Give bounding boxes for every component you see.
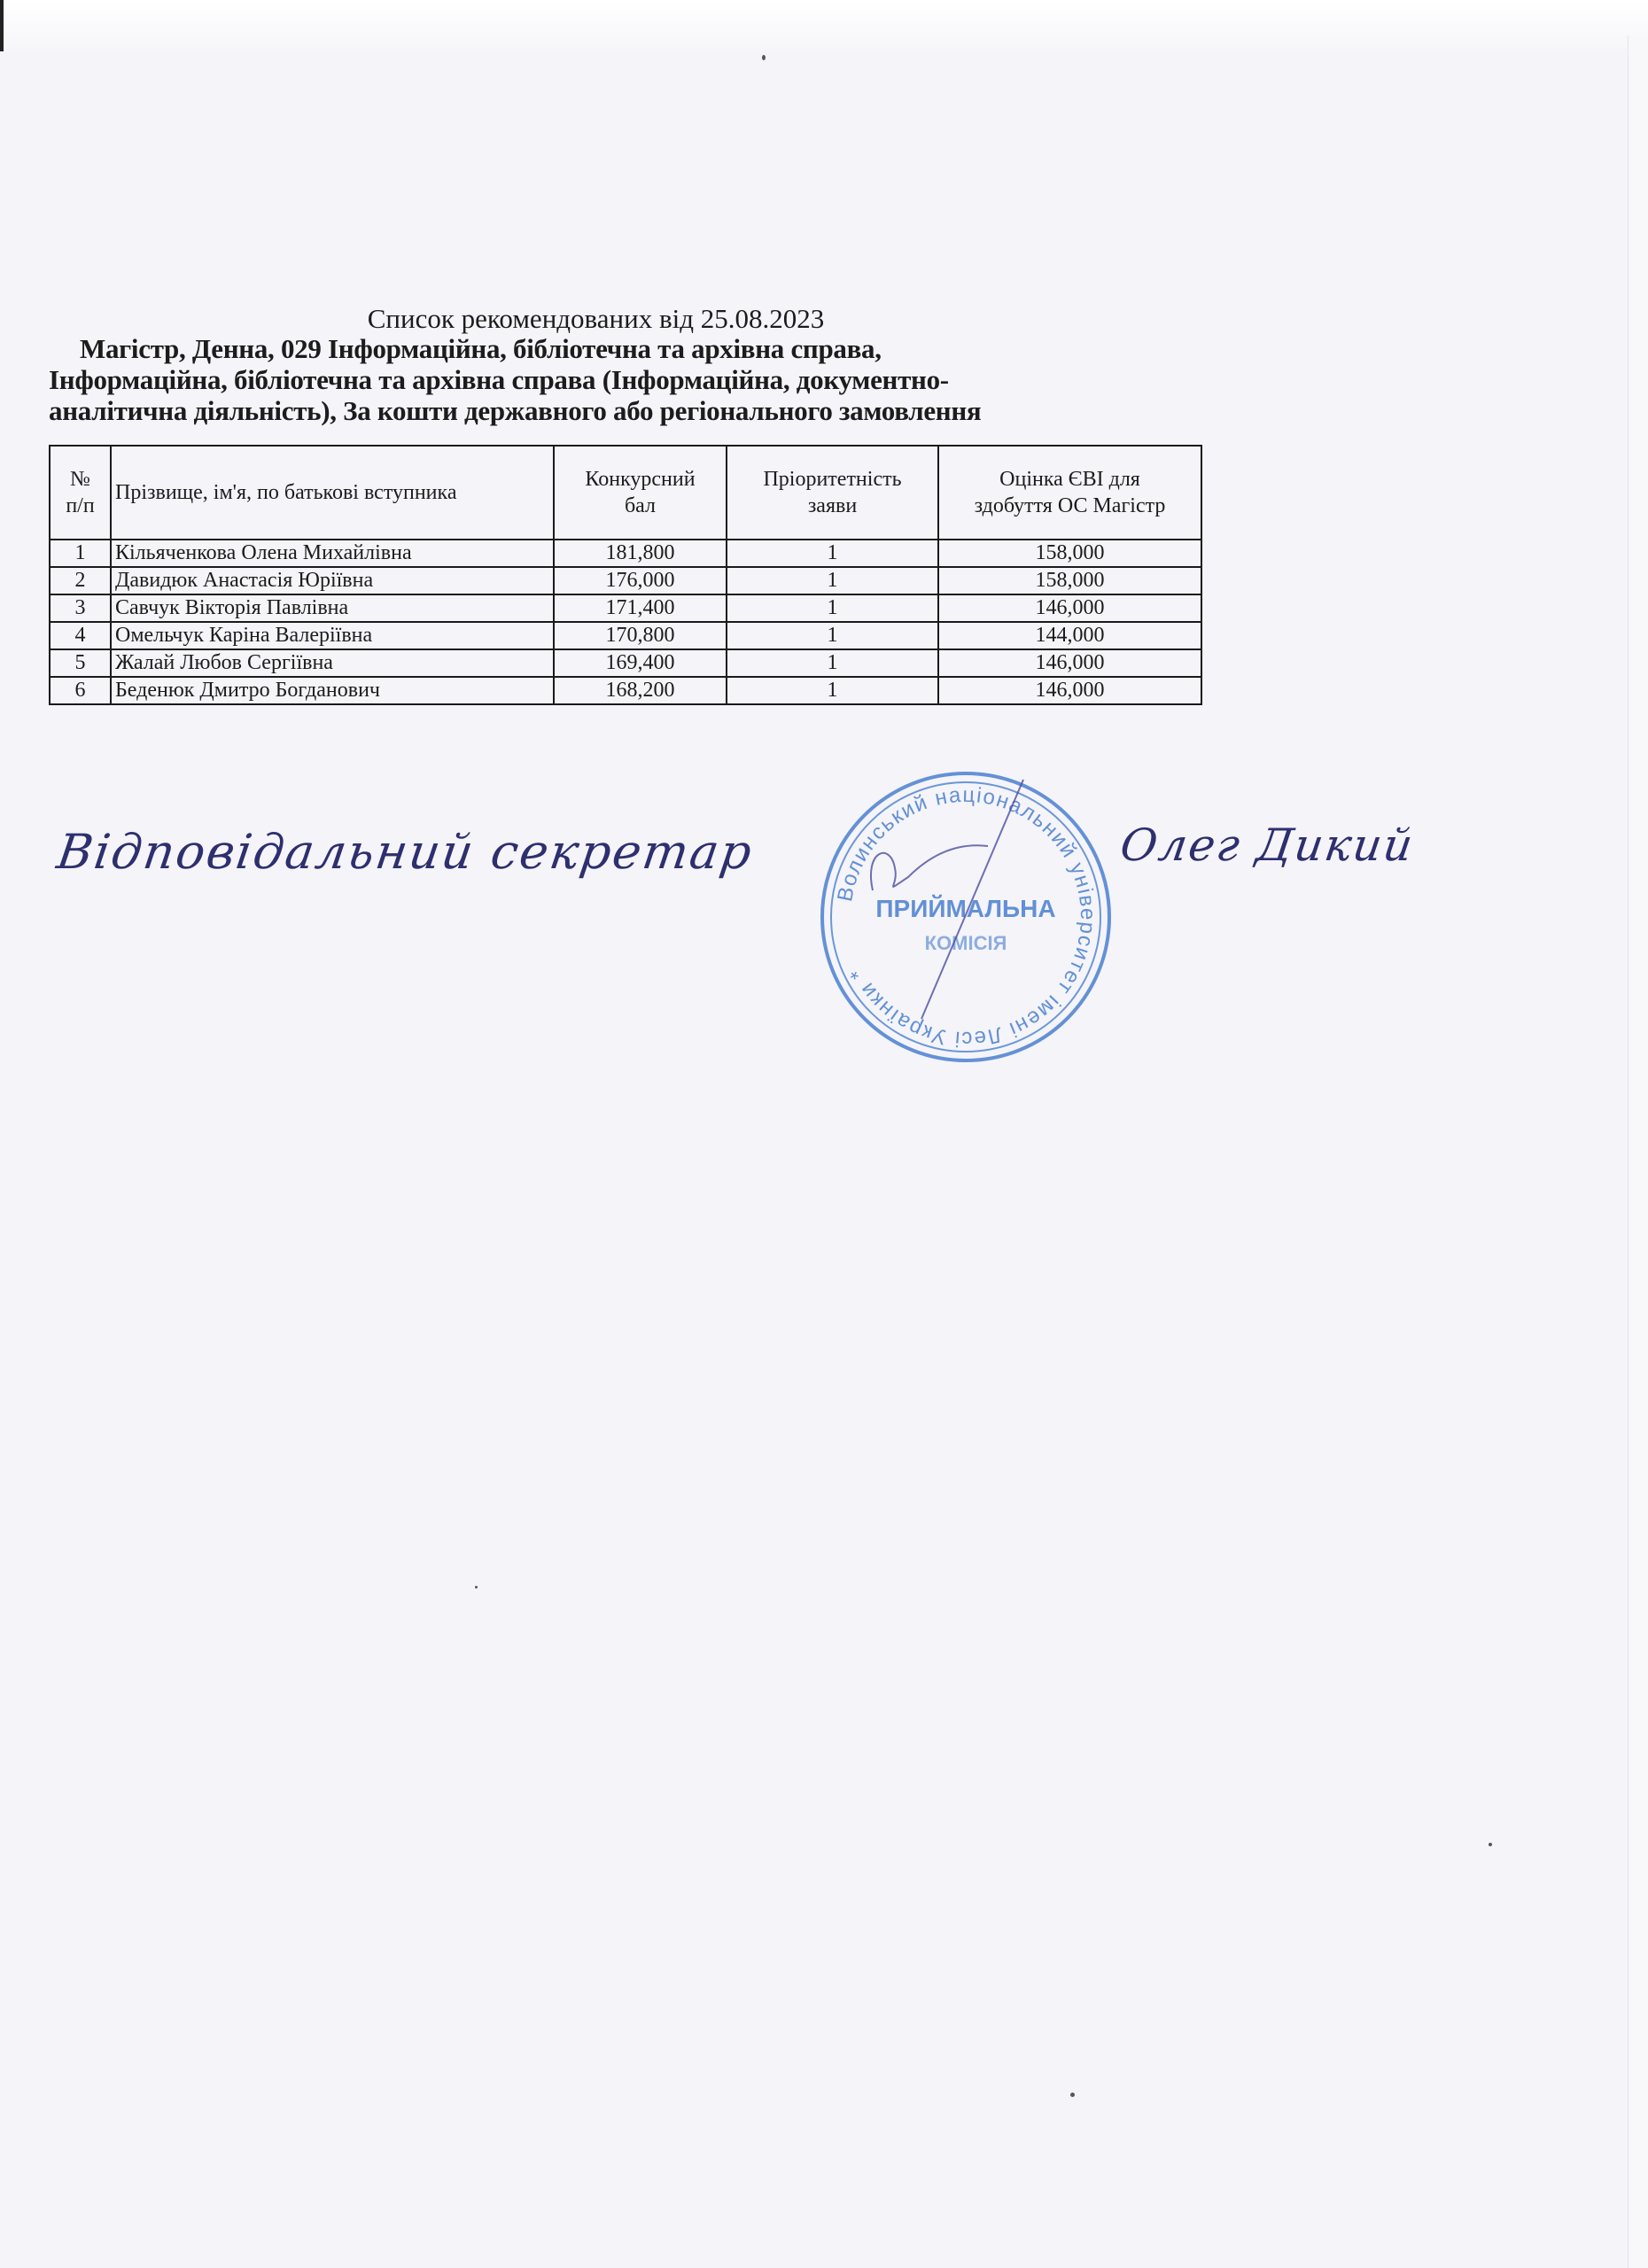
signature-name: Олег Дикий	[1117, 819, 1418, 871]
cell-priority: 1	[727, 622, 938, 649]
cell-score: 181,800	[554, 540, 727, 567]
stamp-center-line1: ПРИЙМАЛЬНА	[875, 894, 1055, 922]
subtitle-line: аналітична діяльність), За кошти державн…	[49, 395, 1201, 426]
table-header-row: №п/п Прізвище, ім'я, по батькові вступни…	[50, 446, 1201, 540]
signature-position: Відповідальний секретар	[54, 824, 757, 880]
header-priority: Пріоритетністьзаяви	[727, 446, 938, 540]
cell-evi: 144,000	[938, 622, 1201, 649]
header-score: Конкурснийбал	[554, 446, 727, 540]
cell-num: 3	[50, 594, 111, 622]
stamp-center-line2: КОМІСІЯ	[925, 932, 1007, 954]
scan-speck	[475, 1586, 478, 1588]
document-subtitle: Магістр, Денна, 029 Інформаційна, бібліо…	[49, 333, 1201, 426]
admission-committee-stamp: Волинський національний університет імен…	[811, 762, 1121, 1072]
cell-evi: 158,000	[938, 567, 1201, 594]
subtitle-line: Інформаційна, бібліотечна та архівна спр…	[49, 364, 1201, 395]
cell-num: 5	[50, 649, 111, 677]
cell-priority: 1	[727, 649, 938, 677]
cell-priority: 1	[727, 594, 938, 622]
cell-name: Беденюк Дмитро Богданович	[111, 677, 554, 704]
table-row: 5Жалай Любов Сергіївна169,4001146,000	[50, 649, 1201, 677]
cell-num: 2	[50, 567, 111, 594]
cell-priority: 1	[727, 677, 938, 704]
cell-name: Омельчук Каріна Валеріївна	[111, 622, 554, 649]
header-name: Прізвище, ім'я, по батькові вступника	[111, 446, 554, 540]
cell-evi: 146,000	[938, 649, 1201, 677]
cell-num: 1	[50, 540, 111, 567]
cell-score: 170,800	[554, 622, 727, 649]
cell-num: 4	[50, 622, 111, 649]
header-num: №п/п	[50, 446, 111, 540]
table-row: 1Кільяченкова Олена Михайлівна181,800115…	[50, 540, 1201, 567]
cell-name: Кільяченкова Олена Михайлівна	[111, 540, 554, 567]
scan-speck	[1489, 1843, 1492, 1846]
cell-score: 171,400	[554, 594, 727, 622]
cell-score: 176,000	[554, 567, 727, 594]
table-row: 3Савчук Вікторія Павлівна171,4001146,000	[50, 594, 1201, 622]
table-row: 4Омельчук Каріна Валеріївна170,8001144,0…	[50, 622, 1201, 649]
scan-right-edge	[1628, 35, 1648, 2268]
scan-top-edge	[0, 0, 1648, 51]
cell-evi: 146,000	[938, 594, 1201, 622]
scan-speck	[762, 55, 766, 60]
cell-score: 168,200	[554, 677, 727, 704]
cell-num: 6	[50, 677, 111, 704]
cell-name: Жалай Любов Сергіївна	[111, 649, 554, 677]
table-row: 2Давидюк Анастасія Юріївна176,0001158,00…	[50, 567, 1201, 594]
document-title: Список рекомендованих від 25.08.2023	[0, 303, 1192, 335]
cell-evi: 146,000	[938, 677, 1201, 704]
cell-priority: 1	[727, 540, 938, 567]
header-evi: Оцінка ЄВІ дляздобуття ОС Магістр	[938, 446, 1201, 540]
cell-evi: 158,000	[938, 540, 1201, 567]
subtitle-line: Магістр, Денна, 029 Інформаційна, бібліо…	[49, 333, 1201, 364]
scan-left-edge	[0, 0, 4, 53]
cell-score: 169,400	[554, 649, 727, 677]
table-row: 6Беденюк Дмитро Богданович168,2001146,00…	[50, 677, 1201, 704]
recommended-list-table: №п/п Прізвище, ім'я, по батькові вступни…	[49, 445, 1202, 705]
cell-priority: 1	[727, 567, 938, 594]
scan-speck	[1070, 2093, 1075, 2097]
cell-name: Давидюк Анастасія Юріївна	[111, 567, 554, 594]
cell-name: Савчук Вікторія Павлівна	[111, 594, 554, 622]
